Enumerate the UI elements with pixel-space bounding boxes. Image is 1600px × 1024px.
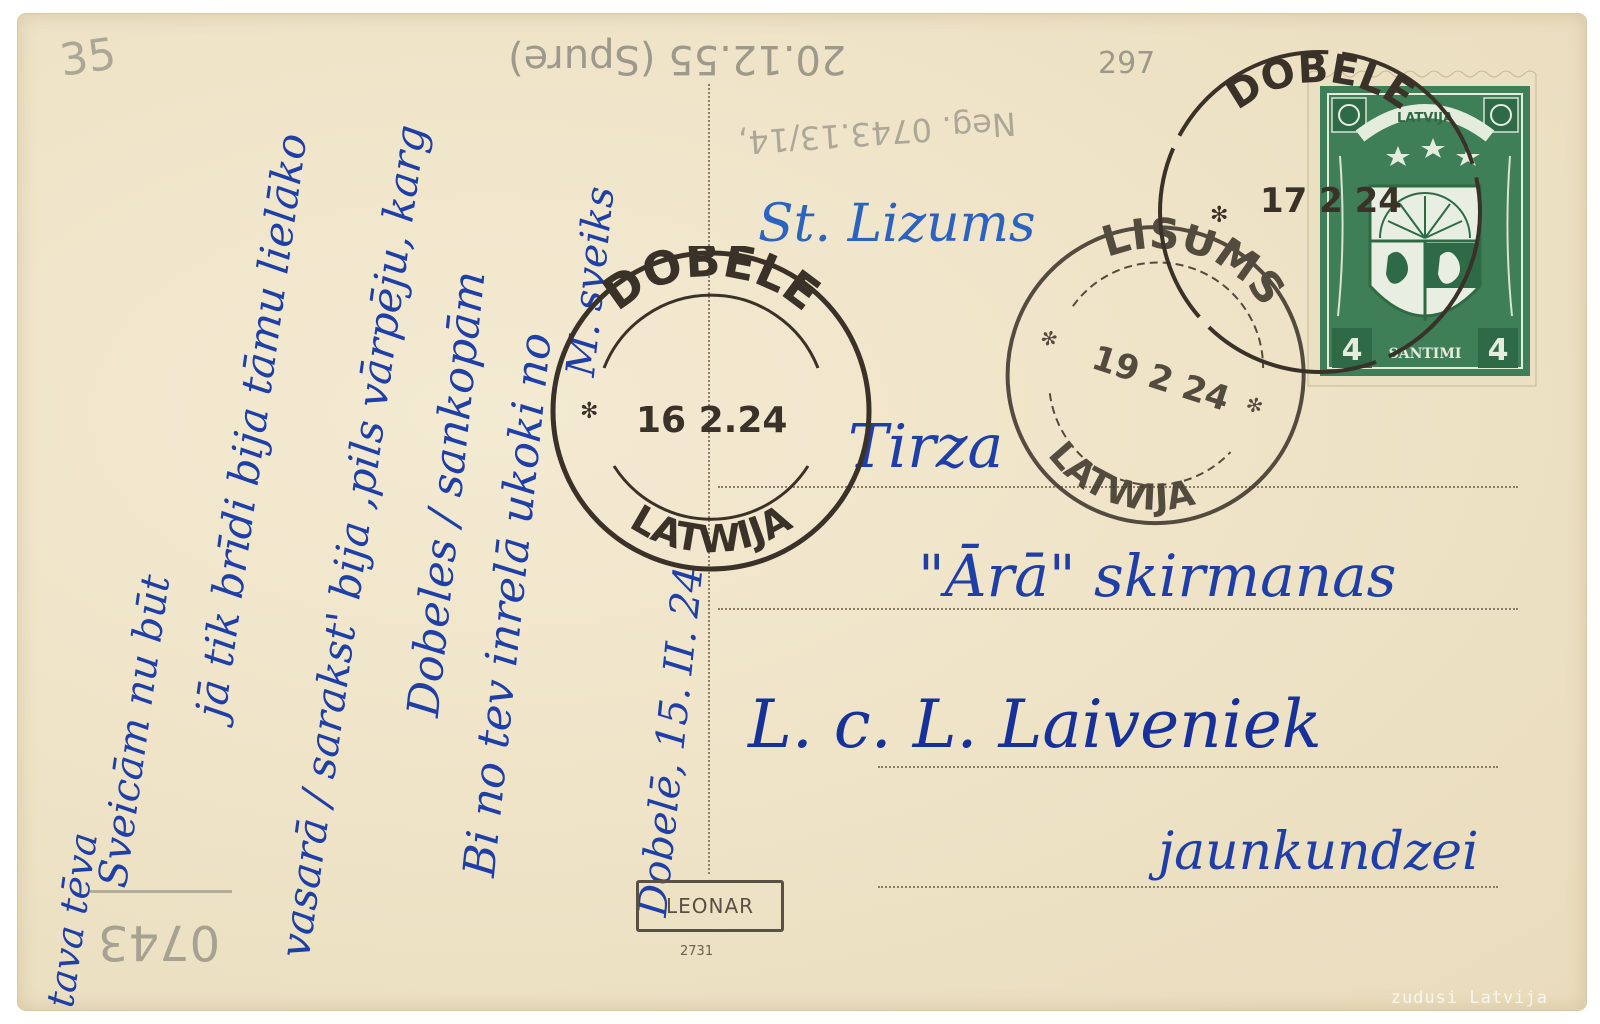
svg-text:DOBELE: DOBELE [593,246,831,321]
svg-text:19 2 24: 19 2 24 [1087,338,1234,420]
pencil-note-top-left: 35 [57,28,120,86]
address-line5-text: jaunkundzei [1158,822,1479,882]
address-line4-text: L. c. L. Laiveniek [748,686,1322,763]
pencil-underline [90,890,232,893]
postmark-dobele: DOBELE LATWIJA ✻ 16 2.24 [546,246,876,580]
pencil-note-date: 20.12.55 (Spure) [508,36,846,82]
svg-text:✻: ✻ [1037,324,1060,352]
publisher-number: 2731 [680,944,713,959]
message-line-4: jā tik brīdi bija tāmu lielāko [186,130,317,720]
address-line-4 [878,886,1498,888]
svg-text:4: 4 [1488,333,1509,368]
publisher-name: LEONAR [666,894,754,918]
postcard-back: 35 20.12.55 (Spure) Neg. 0743.13/14, 297… [18,14,1586,1010]
svg-text:✻: ✻ [1210,203,1228,228]
address-line-3 [878,766,1498,768]
svg-text:16 2.24: 16 2.24 [636,400,787,441]
svg-text:LATWIJA: LATWIJA [623,496,799,562]
address-line3-text: "Ārā" skirmanas [918,542,1396,610]
svg-text:✻: ✻ [580,399,598,424]
svg-text:✻: ✻ [1243,391,1266,419]
message-line-6: tava tēva [38,830,106,1010]
pencil-note-catalog: 297 [1098,46,1155,81]
publisher-imprint: LEONAR [636,880,784,932]
svg-text:17 2 24: 17 2 24 [1260,181,1402,221]
address-line1-text: St. Lizums [758,194,1036,254]
message-date-line: Dobelē, 15. II. 24 [630,564,712,918]
pencil-note-reference: Neg. 0743.13/14, [737,104,1017,161]
watermark: zudusi Latvija [1391,988,1548,1008]
svg-text:DOBELE: DOBELE [1218,45,1422,119]
pencil-note-bottom-left: 0743 [98,914,220,970]
